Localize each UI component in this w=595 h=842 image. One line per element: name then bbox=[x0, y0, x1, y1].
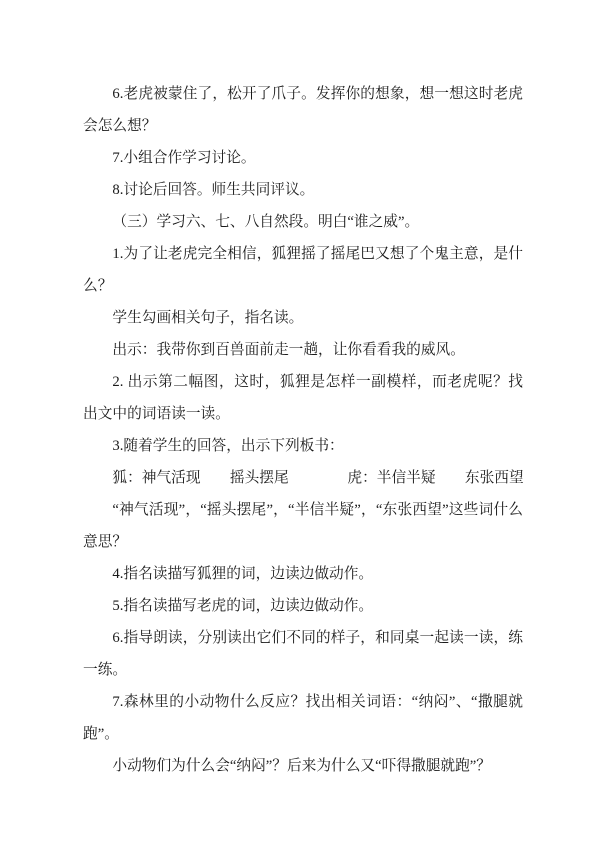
document-body: 6.老虎被蒙住了，松开了爪子。发挥你的想象，想一想这时老虎会怎么想？ 7.小组合… bbox=[83, 78, 523, 782]
paragraph-step6-tiger-released: 6.老虎被蒙住了，松开了爪子。发挥你的想象，想一想这时老虎会怎么想？ bbox=[83, 78, 523, 142]
paragraph-q7-animals-reaction: 7.森林里的小动物什么反应？找出相关词语：“纳闷”、“撒腿就跑”。 bbox=[83, 686, 523, 750]
paragraph-q2-second-picture: 2. 出示第二幅图，这时，狐狸是怎样一副模样，而老虎呢？找出文中的词语读一读。 bbox=[83, 366, 523, 430]
paragraph-word-meanings-question: “神气活现”，“摇头摆尾”，“半信半疑”，“东张西望”这些词什么意思？ bbox=[83, 494, 523, 558]
paragraph-q6-guided-reading: 6.指导朗读，分别读出它们不同的样子，和同桌一起读一读，练一练。 bbox=[83, 622, 523, 686]
paragraph-board-words: 狐：神气活现 摇头摆尾 虎：半信半疑 东张西望 bbox=[83, 462, 523, 494]
paragraph-why-puzzled-question: 小动物们为什么会“纳闷”？后来为什么又“吓得撒腿就跑”？ bbox=[83, 750, 523, 782]
paragraph-step8-answer-review: 8.讨论后回答。师生共同评议。 bbox=[83, 174, 523, 206]
paragraph-q1-fox-trick: 1.为了让老虎完全相信，狐狸摇了摇尾巴又想了个鬼主意，是什么？ bbox=[83, 238, 523, 302]
paragraph-q3-board-notes-intro: 3.随着学生的回答，出示下列板书： bbox=[83, 430, 523, 462]
paragraph-section-three-heading: （三）学习六、七、八自然段。明白“谁之威”。 bbox=[83, 206, 523, 238]
paragraph-q5-read-tiger-words: 5.指名读描写老虎的词，边读边做动作。 bbox=[83, 590, 523, 622]
paragraph-q4-read-fox-words: 4.指名读描写狐狸的词，边读边做动作。 bbox=[83, 558, 523, 590]
document-page: 6.老虎被蒙住了，松开了爪子。发挥你的想象，想一想这时老虎会怎么想？ 7.小组合… bbox=[0, 0, 595, 842]
paragraph-step7-group-discussion: 7.小组合作学习讨论。 bbox=[83, 142, 523, 174]
paragraph-display-sentence: 出示：我带你到百兽面前走一趟，让你看看我的威风。 bbox=[83, 334, 523, 366]
paragraph-students-mark-sentences: 学生勾画相关句子，指名读。 bbox=[83, 302, 523, 334]
